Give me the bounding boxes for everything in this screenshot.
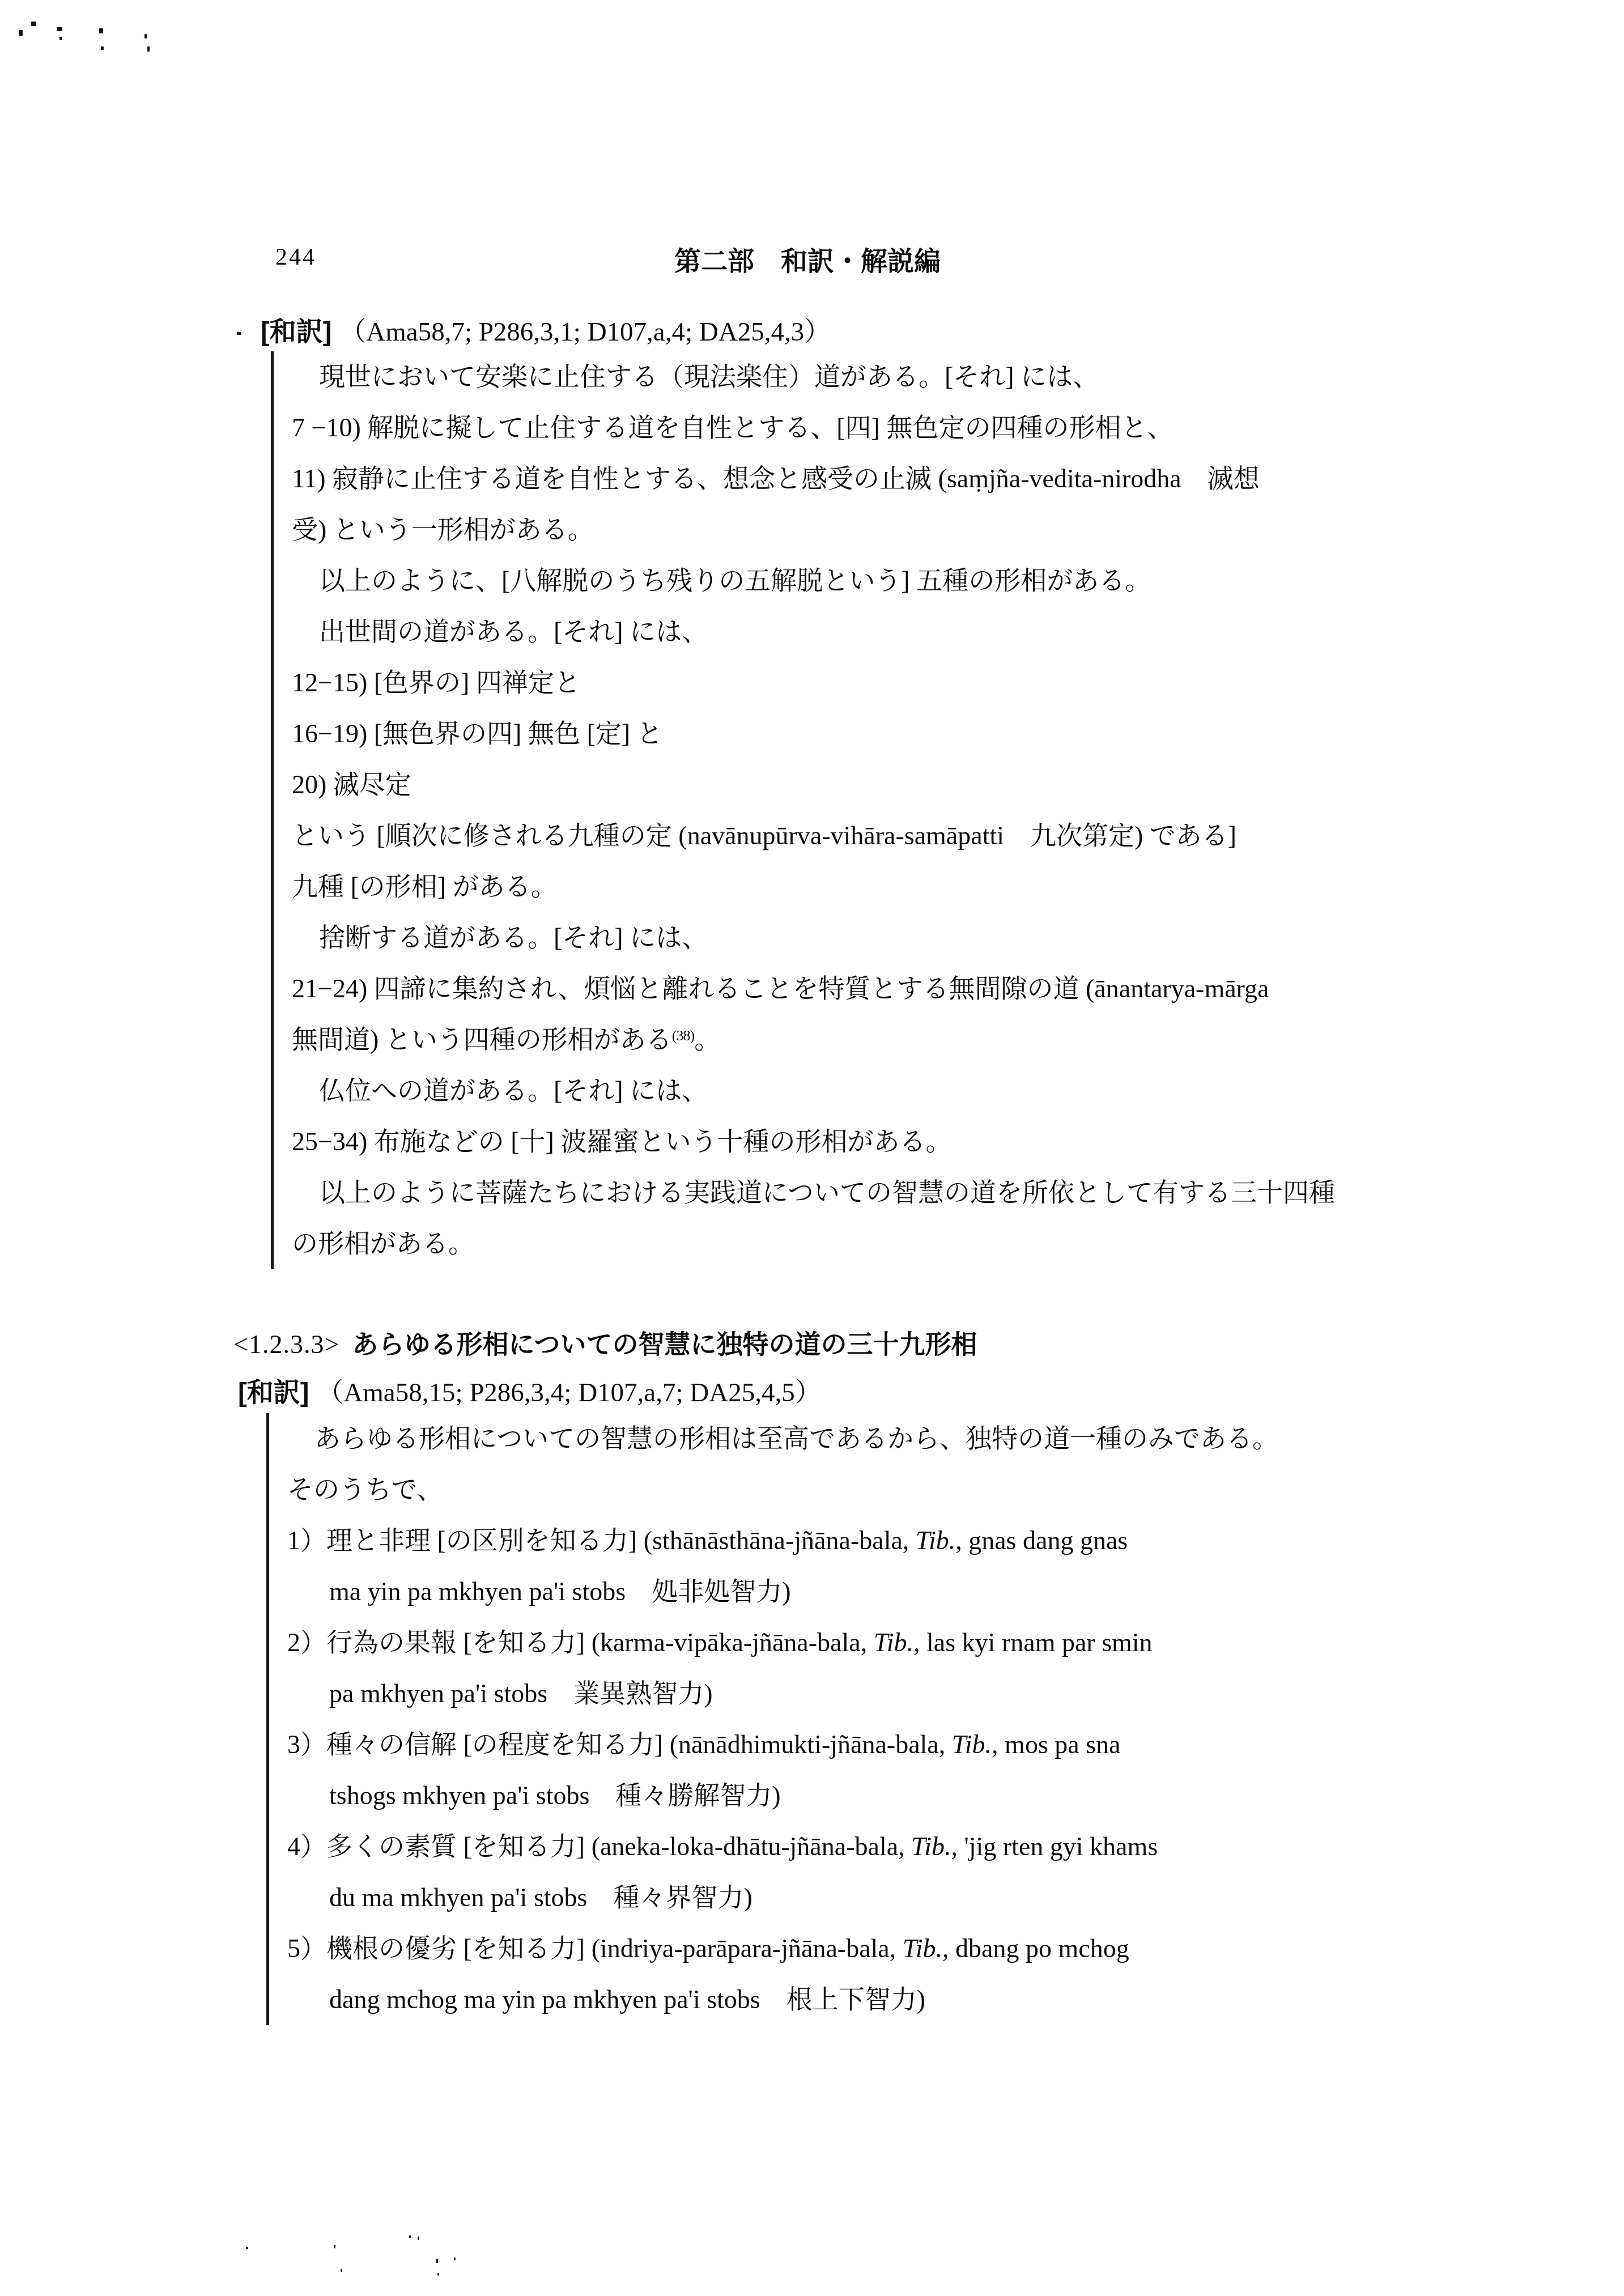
trans2-refs: （Ama58,15; P286,3,4; D107,a,7; DA25,4,5） [317,1378,821,1408]
text-line: 11) 寂静に止住する道を自性とする、想念と感受の止滅 (saṃjña-vedi… [292,453,1618,504]
text-line: 4）多くの素質 [を知る力] (aneka-loka-dhātu-jñāna-b… [287,1821,1613,1872]
trans2-label: [和訳] [238,1377,309,1407]
text-line: 仏位への道がある。[それ] には、 [292,1065,1618,1116]
section-title: あらゆる形相についての智慧に独特の道の三十九形相 [352,1329,977,1359]
scan-speckle [436,2259,438,2263]
scan-speckle [101,46,104,50]
trans1-refs: （Ama58,7; P286,3,1; D107,a,4; DA25,4,3） [339,317,831,347]
text-line: 捨断する道がある。[それ] には、 [292,912,1618,963]
scan-speckle [246,2247,248,2249]
text-line: 12−15) [色界の] 四禅定と [292,657,1618,708]
text-line: 5）機根の優劣 [を知る力] (indriya-parāpara-jñāna-b… [287,1923,1613,1974]
text-line: 16−19) [無色界の四] 無色 [定] と [292,708,1618,759]
text-line: 現世において安楽に止住する（現法楽住）道がある。[それ] には、 [292,351,1618,402]
scanned-book-page: 244 第二部 和訳・解説編 [和訳]（Ama58,7; P286,3,1; D… [0,0,1624,2296]
text-line: 3）種々の信解 [の程度を知る力] (nānādhimukti-jñāna-ba… [287,1719,1613,1770]
trans1-label: [和訳] [261,316,331,346]
scan-speckle [341,2269,342,2272]
section-heading: <1.2.3.3>あらゆる形相についての智慧に独特の道の三十九形相 [233,1324,977,1361]
trans1-quote-block: 現世において安楽に止住する（現法楽住）道がある。[それ] には、7 −10) 解… [271,351,1618,1269]
text-line: dang mchog ma yin pa mkhyen pa'i stobs 根… [287,1974,1613,2025]
section-number: <1.2.3.3> [233,1330,339,1359]
text-line: という [順次に修される九種の定 (navānupūrva-vihāra-sam… [292,810,1618,861]
scan-speckle [59,37,62,40]
scan-speckle [57,27,62,31]
footnote-marker: (38) [672,1027,694,1044]
text-line: 2）行為の果報 [を知る力] (karma-vipāka-jñāna-bala,… [287,1617,1613,1668]
text-line: 九種 [の形相] がある。 [292,861,1618,912]
scan-speckle [418,2237,419,2240]
scan-speckle [144,34,147,39]
text-line: 1）理と非理 [の区別を知る力] (sthānāsthāna-jñāna-bal… [287,1515,1613,1566]
scan-speckle [237,332,241,335]
scan-speckle [409,2235,411,2238]
text-line: 以上のように菩薩たちにおける実践道についての智慧の道を所依として有する三十四種 [292,1167,1618,1218]
text-line: 受) という一形相がある。 [292,504,1618,555]
trans2-header-row: [和訳]（Ama58,15; P286,3,4; D107,a,7; DA25,… [238,1371,822,1409]
scan-speckle [147,46,150,52]
page-number: 244 [275,244,316,271]
scan-speckle [454,2257,456,2260]
text-line: の形相がある。 [292,1218,1618,1269]
scan-speckle [334,2245,335,2248]
text-line: 無間道) という四種の形相がある(38)。 [292,1014,1618,1065]
scan-speckle [31,22,36,26]
scan-speckle [99,28,103,33]
text-line: 21−24) 四諦に集約され、煩悩と離れることを特質とする無間隙の道 (ānan… [292,963,1618,1014]
text-line: tshogs mkhyen pa'i stobs 種々勝解智力) [287,1770,1613,1821]
text-line: du ma mkhyen pa'i stobs 種々界智力) [287,1872,1613,1923]
running-header: 第二部 和訳・解説編 [674,240,941,278]
scan-speckle [437,2273,439,2276]
text-line: 以上のように、[八解脱のうち残りの五解脱という] 五種の形相がある。 [292,555,1618,606]
text-line: あらゆる形相についての智慧の形相は至高であるから、独特の道一種のみである。 [287,1413,1613,1464]
text-line: 20) 滅尽定 [292,759,1618,810]
text-line: 25−34) 布施などの [十] 波羅蜜という十種の形相がある。 [292,1116,1618,1167]
text-line: 7 −10) 解脱に擬して止住する道を自性とする、[四] 無色定の四種の形相と、 [292,402,1618,453]
text-line: そのうちで、 [287,1464,1613,1515]
text-line: 出世間の道がある。[それ] には、 [292,606,1618,657]
scan-speckle [19,30,23,36]
trans2-quote-block: あらゆる形相についての智慧の形相は至高であるから、独特の道一種のみである。そのう… [266,1413,1613,2025]
trans1-header-row: [和訳]（Ama58,7; P286,3,1; D107,a,4; DA25,4… [261,311,831,348]
text-line: ma yin pa mkhyen pa'i stobs 処非処智力) [287,1566,1613,1617]
text-line: pa mkhyen pa'i stobs 業異熟智力) [287,1668,1613,1719]
